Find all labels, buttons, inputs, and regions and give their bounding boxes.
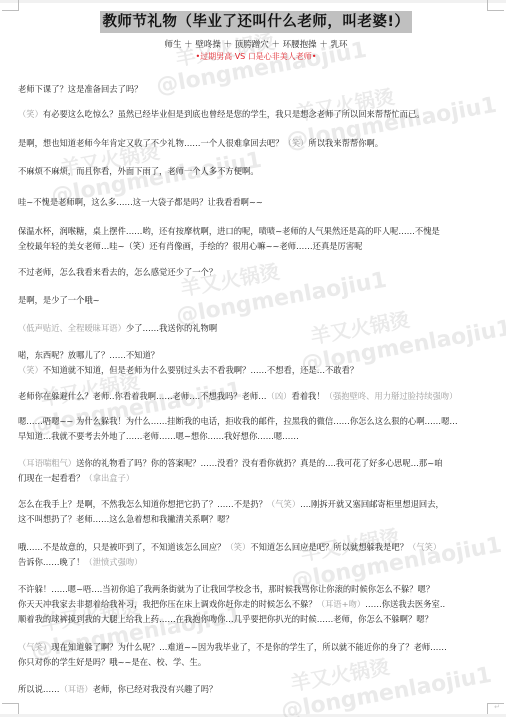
- dialogue-text: 老师你在躲避什么？老师..你看着我啊……老师….不想我吗？老师…: [18, 391, 267, 401]
- paragraph: 不麻烦不麻烦，而且你看，外面下雨了，老师一个人多不方便啊。: [18, 164, 494, 179]
- paragraph-line: 所以说……（耳语）老师，你已经对我没有兴趣了吗？: [18, 682, 494, 697]
- dialogue-text: 你只对你的学生好是吗？哦~~是在、校、学、生。: [18, 657, 206, 667]
- dialogue-text: 保温水杯，润喉糖，桌上摆件……哟，还有按摩枕啊，进口的呢，啧啧~老师的人气果然还…: [18, 226, 440, 236]
- dialogue-text: 告诉你……晚了！: [18, 557, 84, 567]
- paragraph: （低声贴近、全程暧昧耳语）少了……我送你的礼物啊: [18, 321, 494, 336]
- dialogue-text: 嗯……唔嗯~~ 为什么躲我！为什么……挂断我的电话，拒收我的邮件，拉黑我的微信……: [18, 416, 458, 426]
- paragraph-line: 不过老师，怎么我看来看去的，怎么感觉还少了一个？: [18, 265, 494, 280]
- paragraph-line: 哇~不愧是老师啊，这么多……这一大袋子都是吗？让我看看啊~~: [18, 195, 494, 210]
- dialogue-text: 少了……我送你的礼物啊: [126, 323, 217, 333]
- document-subtitle: •过期男高 VS 口是心非美人老师•: [18, 51, 494, 62]
- paragraph-line: 全校最年轻的美女老师…哇~（笑）还有肖像画，手绘的？很用心嘛~~老师……还真是厉…: [18, 239, 494, 254]
- paragraph-line: （笑）不知道就不知道，但是老师为什么要别过头去不看我啊？……不想看，还是…不敢看…: [18, 363, 494, 378]
- paragraph: 不许躲！……嗯~唔….当初你追了我两条街就为了让我回学校念书，那时候我骂你让你滚…: [18, 582, 494, 627]
- stage-direction: （拿出盒子）: [84, 473, 134, 483]
- margin-corner-top-left: [2, 0, 19, 11]
- dialogue-text: 顺着我的球裤摸到我的大腿上给我上药……在我抱你吻你…几乎要把你扒光的时候……老师…: [18, 614, 433, 624]
- paragraph-line: 喏，东西呢？放哪儿了？……不知道？: [18, 348, 494, 363]
- paragraph-line: （气笑）现在知道躲了啊？为什么呢？…难道~~因为我毕业了，不是你的学生了，所以就…: [18, 640, 494, 655]
- dialogue-text: 老师，你已经对我没有兴趣了吗？: [93, 684, 217, 694]
- stage-direction: （笑）: [18, 365, 43, 375]
- paragraph-line: 怎么在我手上？是啊，不然我怎么知道你想把它扔了？……不是扔？（气笑）….刚拆开就…: [18, 497, 494, 512]
- paragraph-line: 们现在一起看看？（拿出盒子）: [18, 471, 494, 486]
- paragraph: 是啊，是少了一个哦~: [18, 293, 494, 308]
- paragraph-line: 哦……不是故意的，只是被吓到了，不知道该怎么回应？（笑）不知道怎么回应是吧？所以…: [18, 540, 494, 555]
- paragraph-line: 老师你在躲避什么？老师..你看着我啊……老师….不想我吗？老师…（凶）看着我！（…: [18, 389, 494, 404]
- paragraph: 怎么在我手上？是啊，不然我怎么知道你想把它扔了？……不是扔？（气笑）….刚拆开就…: [18, 497, 494, 527]
- margin-corner-bottom-left: [2, 703, 19, 714]
- stage-direction: （低声贴近、全程暧昧耳语）: [18, 323, 126, 333]
- paragraph-line: 告诉你……晚了！（泄愤式强吻）: [18, 555, 494, 570]
- dialogue-text: 不许躲！……嗯~唔….当初你追了我两条街就为了让我回学校念书，那时候我骂你让你滚…: [18, 584, 434, 594]
- dialogue-text: 不知道就不知道，但是老师为什么要别过头去不看我啊？……不想看，还是…不敢看？: [43, 365, 358, 375]
- dialogue-text: ……你送我去医务室..: [365, 599, 445, 609]
- stage-direction: （气笑）: [18, 642, 51, 652]
- stage-direction: （强抱壁咚、用力掰过脸持续强吻）: [325, 391, 458, 401]
- dialogue-text: 你天天冲我家去非摁着给我补习，我把你压在床上调戏你赶你走的时候怎么不躲？: [18, 599, 317, 609]
- dialogue-text: 老师下课了？这是准备回去了吗？: [18, 84, 142, 94]
- paragraph-line: 保温水杯，润喉糖，桌上摆件……哟，还有按摩枕啊，进口的呢，啧啧~老师的人气果然还…: [18, 224, 494, 239]
- dialogue-text: ….刚拆开就又塞回邮寄柜里想退回去，: [300, 499, 444, 509]
- paragraph-line: 老师下课了？这是准备回去了吗？: [18, 82, 494, 97]
- dialogue-text: 不过老师，怎么我看来看去的，怎么感觉还少了一个？: [18, 267, 217, 277]
- paragraph-line: 早知道…我就不要考去外地了……老师……嗯~想你……我好想你……嗯……: [18, 429, 494, 444]
- stage-direction: （气笑）: [267, 499, 300, 509]
- paragraph: 喏，东西呢？放哪儿了？……不知道？（笑）不知道就不知道，但是老师为什么要别过头去…: [18, 348, 494, 378]
- stage-direction: （凶）: [267, 391, 292, 401]
- document-title: 教师节礼物（毕业了还叫什么老师，叫老婆!）: [100, 11, 411, 33]
- paragraph-line: 不许躲！……嗯~唔….当初你追了我两条街就为了让我回学校念书，那时候我骂你让你滚…: [18, 582, 494, 597]
- dialogue-text: 所以说……: [18, 684, 60, 694]
- stage-direction: （笑）: [18, 109, 43, 119]
- dialogue-text: 现在知道躲了啊？为什么呢？…难道~~因为我毕业了，不是你的学生了，所以就不能近你…: [51, 642, 447, 652]
- stage-direction: （气笑）: [408, 542, 441, 552]
- stage-direction: （笑）: [225, 542, 250, 552]
- paragraph-line: 这不叫想扔了？老师……这么急着想和我撇清关系啊？嗯？: [18, 512, 494, 527]
- paragraph-line: （笑）有必要这么吃惊么？虽然已经毕业但是到底也曾经是您的学生，我只是想念老师了所…: [18, 107, 494, 122]
- paragraph: 哦……不是故意的，只是被吓到了，不知道该怎么回应？（笑）不知道怎么回应是吧？所以…: [18, 540, 494, 570]
- paragraph: 老师你在躲避什么？老师..你看着我啊……老师….不想我吗？老师…（凶）看着我！（…: [18, 389, 494, 404]
- dialogue-text: 哇~不愧是老师啊，这么多……这一大袋子都是吗？让我看看啊~~: [18, 197, 263, 207]
- paragraph: 是啊，想也知道老师今年肯定又收了不少礼物……一个人很难拿回去吧？（笑）所以我来帮…: [18, 136, 494, 151]
- stage-direction: （耳语）: [60, 684, 93, 694]
- dialogue-text: 这不叫想扔了？老师……这么急着想和我撇清关系啊？嗯？: [18, 514, 234, 524]
- document-header: 教师节礼物（毕业了还叫什么老师，叫老婆!） 师生 ＋ 壁咚操 ＋ 顶胯蹭穴 ＋ …: [18, 0, 494, 62]
- paragraph-line: 顺着我的球裤摸到我的大腿上给我上药……在我抱你吻你…几乎要把你扒光的时候……老师…: [18, 612, 494, 627]
- dialogue-text: 不麻烦不麻烦，而且你看，外面下雨了，老师一个人多不方便啊。: [18, 166, 259, 176]
- stage-direction: （笑）: [284, 138, 309, 148]
- paragraph-line: 你只对你的学生好是吗？哦~~是在、校、学、生。: [18, 655, 494, 670]
- stage-direction: （耳语喘粗气）: [18, 458, 76, 468]
- paragraph-line: 是啊，是少了一个哦~: [18, 293, 494, 308]
- dialogue-text: 哦……不是故意的，只是被吓到了，不知道该怎么回应？: [18, 542, 225, 552]
- dialogue-text: 所以我来帮帮你啊。: [308, 138, 383, 148]
- paragraph-line: 是啊，想也知道老师今年肯定又收了不少礼物……一个人很难拿回去吧？（笑）所以我来帮…: [18, 136, 494, 151]
- paragraph-line: 嗯……唔嗯~~ 为什么躲我！为什么……挂断我的电话，拒收我的邮件，拉黑我的微信……: [18, 414, 494, 429]
- dialogue-text: 不知道怎么回应是吧？所以就想躲我是吧？: [250, 542, 408, 552]
- paragraph-line: （耳语喘粗气）送你的礼物看了吗？你的答案呢？……没看？没有看你就扔？真是的….我…: [18, 456, 494, 471]
- paragraph-line: 不麻烦不麻烦，而且你看，外面下雨了，老师一个人多不方便啊。: [18, 164, 494, 179]
- paragraph: （气笑）现在知道躲了啊？为什么呢？…难道~~因为我毕业了，不是你的学生了，所以就…: [18, 640, 494, 670]
- dialogue-text: 早知道…我就不要考去外地了……老师……嗯~想你……我好想你……嗯……: [18, 431, 299, 441]
- dialogue-text: 喏，东西呢？放哪儿了？……不知道？: [18, 350, 159, 360]
- paragraph: 老师下课了？这是准备回去了吗？: [18, 82, 494, 97]
- dialogue-text: 是啊，想也知道老师今年肯定又收了不少礼物……一个人很难拿回去吧？: [18, 138, 284, 148]
- paragraph: （耳语喘粗气）送你的礼物看了吗？你的答案呢？……没看？没有看你就扔？真是的….我…: [18, 456, 494, 486]
- paragraph: 不过老师，怎么我看来看去的，怎么感觉还少了一个？: [18, 265, 494, 280]
- paragraph-mark-icon: ↵: [494, 703, 500, 711]
- stage-direction: （耳语+吻）: [317, 599, 365, 609]
- dialogue-text: 看着我！: [291, 391, 324, 401]
- paragraph-line: （低声贴近、全程暧昧耳语）少了……我送你的礼物啊: [18, 321, 494, 336]
- dialogue-text: 全校最年轻的美女老师…哇~（笑）还有肖像画，手绘的？很用心嘛~~老师……还真是厉…: [18, 241, 362, 251]
- dialogue-text: 有必要这么吃惊么？虽然已经毕业但是到底也曾经是您的学生，我只是想念老师了所以回来…: [43, 109, 425, 119]
- stage-direction: （泄愤式强吻）: [84, 557, 142, 567]
- paragraph: 保温水杯，润喉糖，桌上摆件……哟，还有按摩枕啊，进口的呢，啧啧~老师的人气果然还…: [18, 224, 494, 254]
- dialogue-text: 们现在一起看看？: [18, 473, 84, 483]
- dialogue-text: 是啊，是少了一个哦~: [18, 295, 100, 305]
- paragraph: （笑）有必要这么吃惊么？虽然已经毕业但是到底也曾经是您的学生，我只是想念老师了所…: [18, 107, 494, 122]
- paragraph: 哇~不愧是老师啊，这么多……这一大袋子都是吗？让我看看啊~~: [18, 195, 494, 210]
- dialogue-text: 怎么在我手上？是啊，不然我怎么知道你想把它扔了？……不是扔？: [18, 499, 267, 509]
- paragraph: 嗯……唔嗯~~ 为什么躲我！为什么……挂断我的电话，拒收我的邮件，拉黑我的微信……: [18, 414, 494, 444]
- document-tags: 师生 ＋ 壁咚操 ＋ 顶胯蹭穴 ＋ 环腰抱操 ＋ 乳环: [18, 40, 494, 51]
- paragraph: 所以说……（耳语）老师，你已经对我没有兴趣了吗？: [18, 682, 494, 697]
- paragraph-line: 你天天冲我家去非摁着给我补习，我把你压在床上调戏你赶你走的时候怎么不躲？（耳语+…: [18, 597, 494, 612]
- dialogue-text: 送你的礼物看了吗？你的答案呢？……没看？没有看你就扔？真是的….我可花了好多心思…: [76, 458, 442, 468]
